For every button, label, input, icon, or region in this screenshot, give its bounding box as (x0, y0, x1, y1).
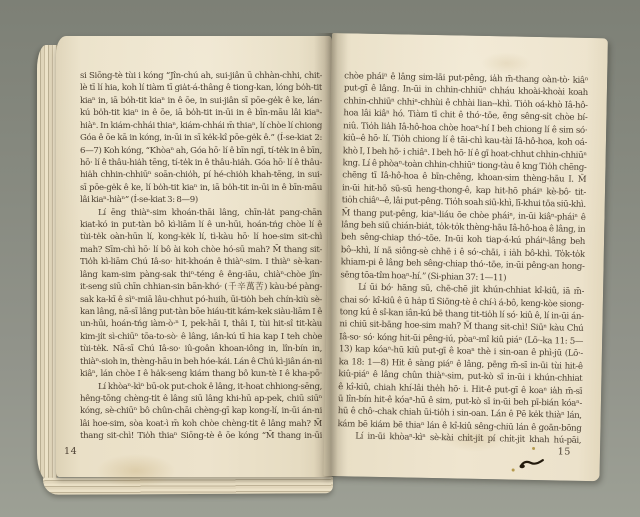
left-page-text: si Siōng-tè tùi i kóng “Jîn-chú ah, sui-… (80, 70, 322, 443)
text-line: Lí khòaⁿ-kìⁿ bū-ok put-chok ê lâng, it-h… (80, 381, 322, 393)
text-line: kiat-kó in put-tàn bô kì-liām lí ê un-hū… (80, 219, 322, 231)
text-line: lâi kiaⁿ-hiàⁿ” (Í-se-kiat 3: 8—9) (80, 194, 322, 206)
text-line: kim-ji̍t sì-chiūⁿ tōa-to-sò· ê lâng, iân… (80, 331, 322, 343)
text-line: thiàⁿ-sioh in, thèng-hāu in beh hóe-kái.… (80, 356, 322, 368)
text-line: lâi hoe-sim, sòa koat-ì m̄ koh chòe chèn… (80, 418, 322, 430)
ink-mark (518, 457, 546, 472)
page-stack-bottom-edge (43, 476, 333, 495)
text-line: Tio̍h kì-liām Chú Iâ-so· hit-khoán ê thi… (80, 256, 322, 268)
paper-stain (481, 52, 531, 75)
text-line: kiâⁿ, lán chòe I ê ha̍k-seng kiám thang … (80, 368, 322, 380)
text-line: 6—7) Koh kóng, “Khòaⁿ ah, Góa hō· lí ê b… (80, 145, 322, 157)
text-line: tùi-te̍k oàn-hūn lí, kong-ke̍k lí, tì-kà… (80, 231, 322, 243)
text-line: kú bo̍h-tit kiaⁿ in ê ōe, iā bo̍h-tit in… (80, 107, 322, 119)
text-line: Lí ēng thiàⁿ-sim khoán-thāi lâng, chīn-l… (80, 207, 322, 219)
text-line: kóng, sè-chiūⁿ bô chûn-chāi chèng-gī kap… (80, 405, 322, 417)
text-line: it-seng siū chīn chhian-sin bān-khó· (千辛… (80, 281, 322, 293)
text-line: si Siōng-tè tùi i kóng “Jîn-chú ah, sui-… (80, 70, 322, 82)
text-line: lâng kam-sim pàng-sak thiⁿ-téng ê êng-iā… (80, 269, 322, 281)
text-line: hō· lí ê thâu-hia̍h tēng, tí-te̍k in ê t… (80, 157, 322, 169)
text-line: hia̍h chhin-chhiūⁿ soān-chio̍h, pí hé-ch… (80, 169, 322, 181)
text-line: Góa ê ōe kā in kóng, in-ūi in sī ke̍k-kî… (80, 132, 322, 144)
right-page-text: chòe pháiⁿ ê lâng sim-lāi put-pêng, ia̍h… (337, 70, 588, 447)
page-number-right: 15 (558, 446, 572, 457)
text-line: tùi-te̍k. Nā-sī Chú Iâ-so· iû-goân khoan… (80, 343, 322, 355)
text-line: thang sit-chì! Tio̍h thiaⁿ Siōng-tè ê ōe… (80, 430, 322, 442)
text-line: lè tī lí hia, koh lí tiàm tī gia̍t-á-thâ… (80, 82, 322, 94)
text-line: sak ka-kī ê sìⁿ-miā lâu-chhut pó-huih, ū… (80, 294, 322, 306)
left-page: si Siōng-tè tùi i kóng “Jîn-chú ah, sui-… (56, 36, 332, 477)
page-stack-left-edge (37, 45, 57, 481)
text-line: kan lâng, nā-sī lâng put-tàn bōe hiáu-ti… (80, 306, 322, 318)
page-number-left: 14 (64, 446, 77, 457)
text-line: kiaⁿ in, iā bo̍h-tit kiaⁿ in ê ōe, in su… (80, 95, 322, 107)
right-page: chòe pháiⁿ ê lâng sim-lāi put-pêng, ia̍h… (323, 33, 607, 481)
open-book: si Siōng-tè tùi i kóng “Jîn-chú ah, sui-… (0, 0, 640, 517)
text-line: hêng-tōng chèng-ti̍t ê lâng siū lâng khi… (80, 393, 322, 405)
paper-speck (512, 469, 515, 472)
text-line: hiàⁿ. In kiám-chhái thiaⁿ, kiám-chhái m̄… (80, 120, 322, 132)
paper-speck (532, 447, 535, 450)
text-line: sī pōe-ge̍k ê ke, lí bo̍h-tit kiaⁿ in, i… (80, 182, 322, 194)
text-line: un-hūi, hoán-tńg iàm-ò·ⁿ I, pek-hāi I, t… (80, 318, 322, 330)
text-line: mah? Sīm-chì hō· lí bô ài koh chòe hó-sū… (80, 244, 322, 256)
